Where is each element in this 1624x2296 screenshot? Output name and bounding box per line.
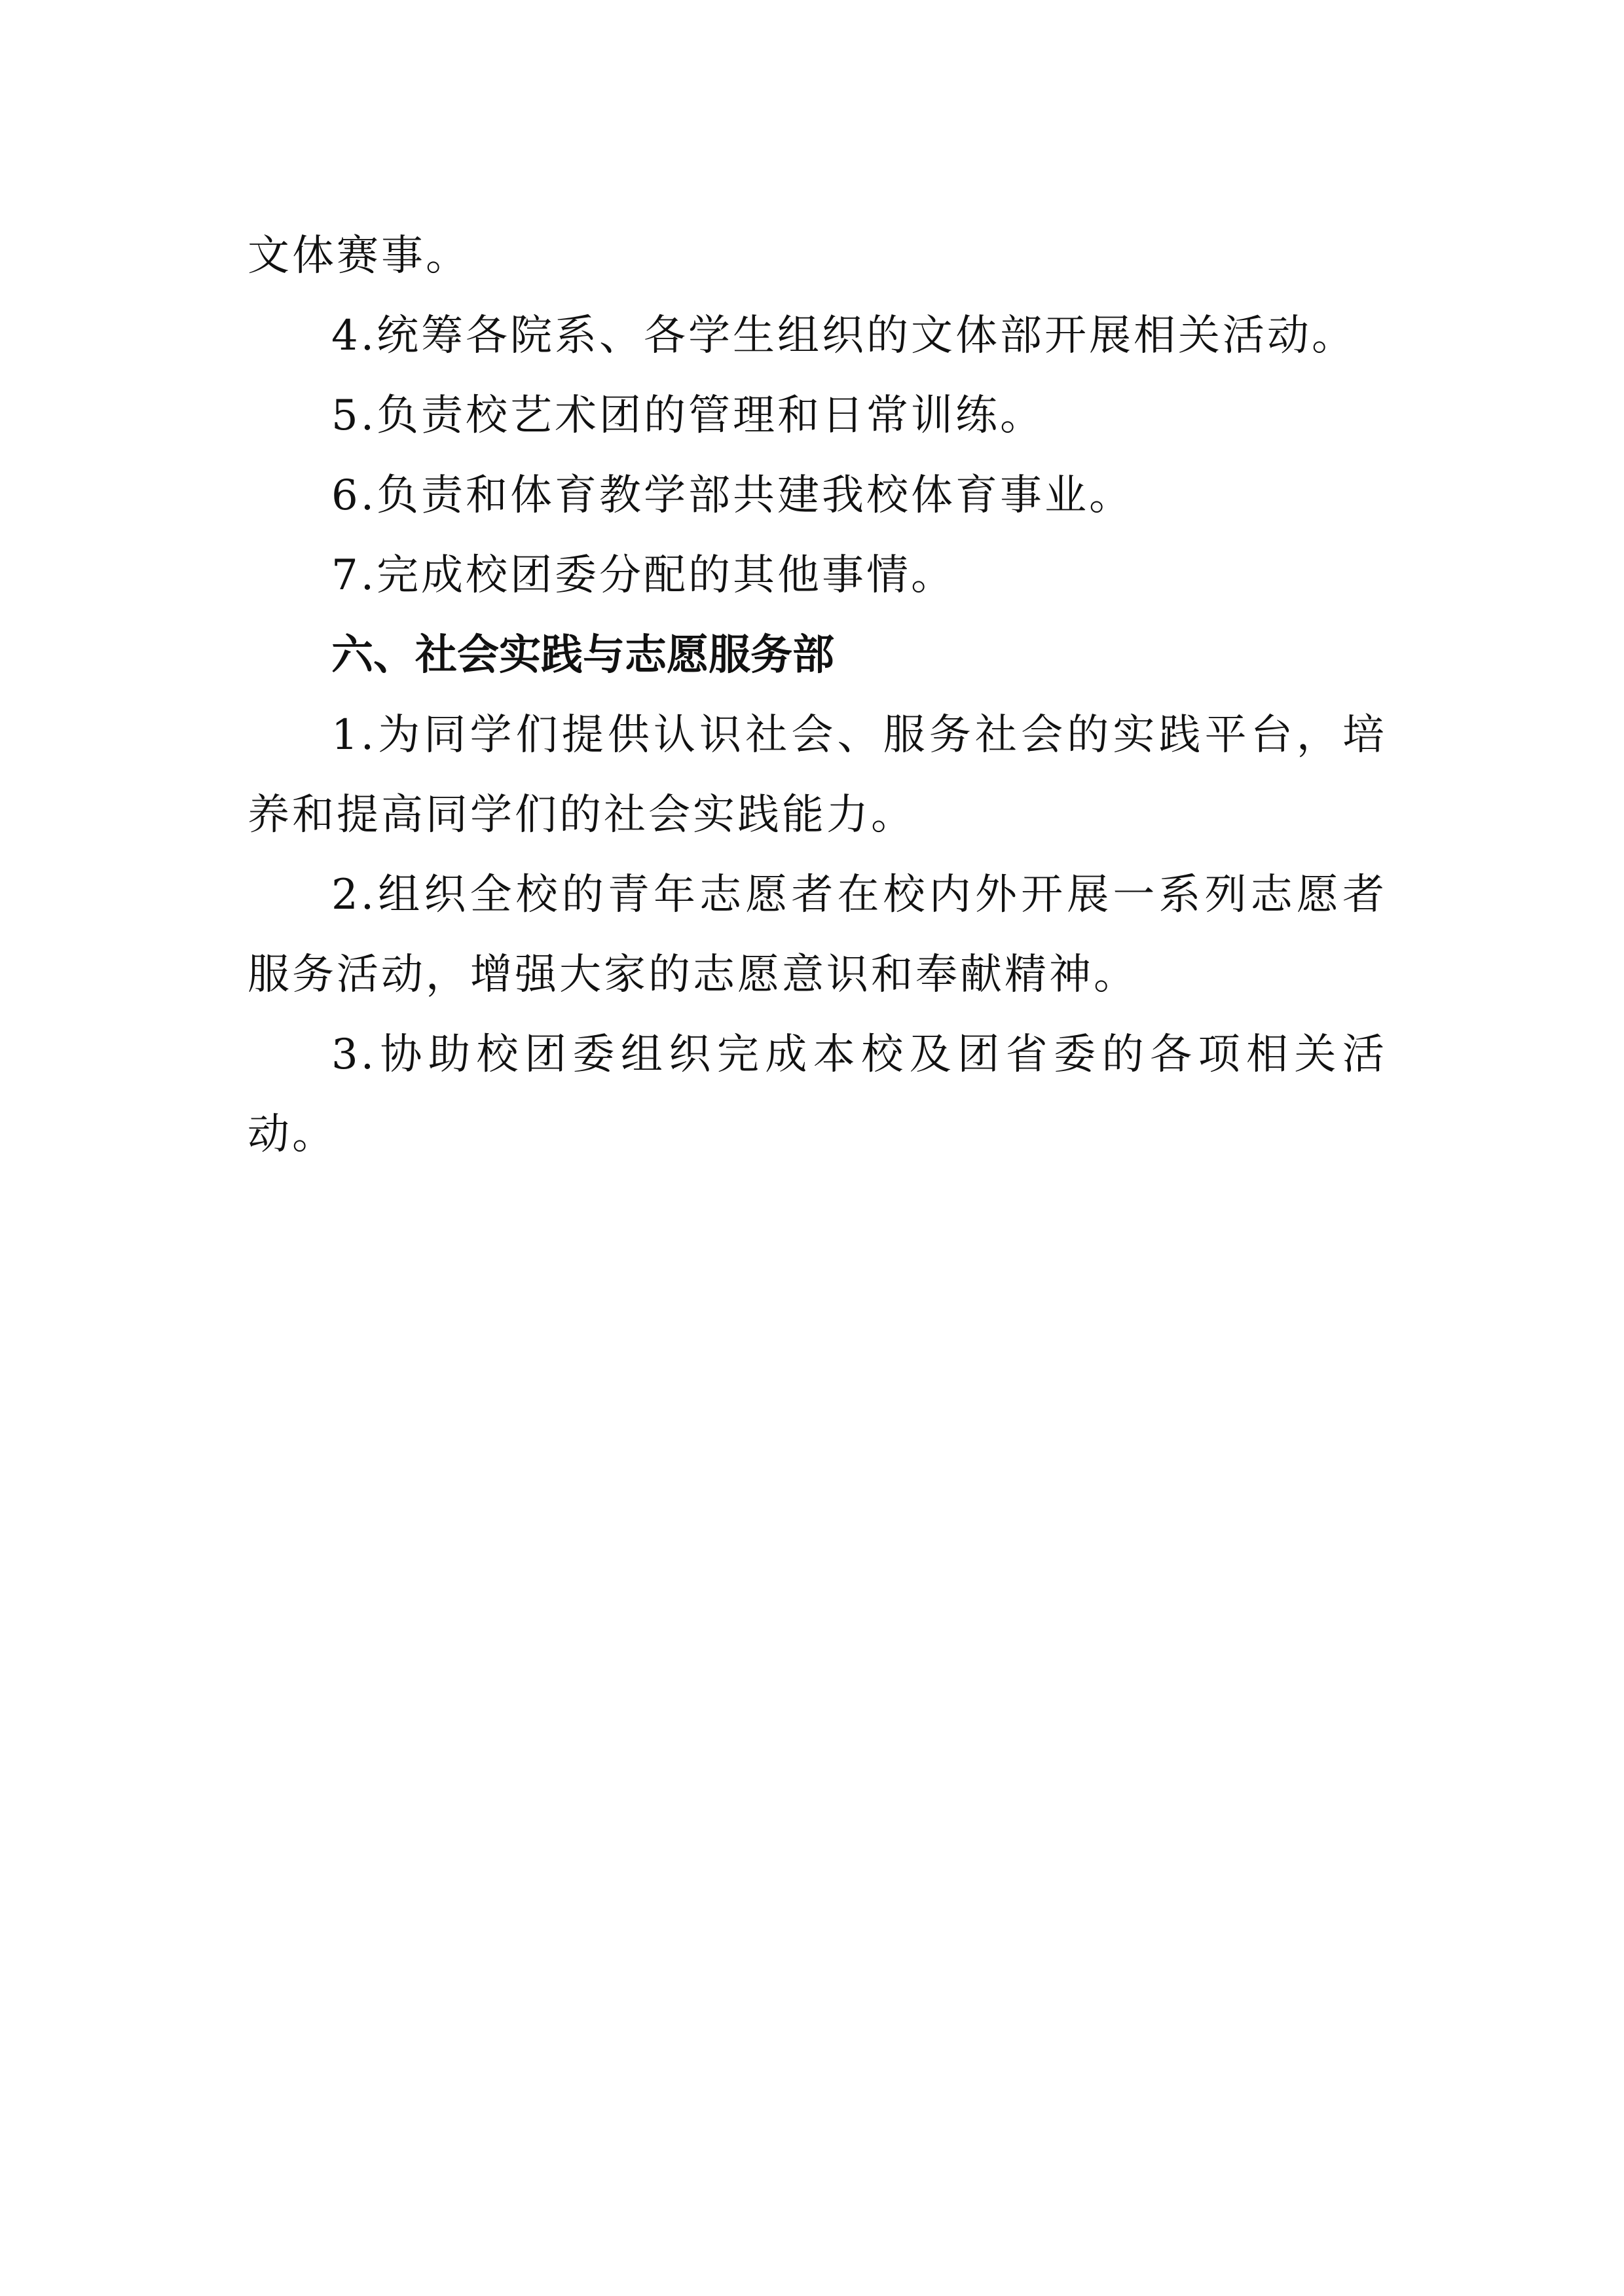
list-item-4: 4.统筹各院系、各学生组织的文体部开展相关活动。 bbox=[248, 296, 1387, 376]
list-item-5: 5.负责校艺术团的管理和日常训练。 bbox=[248, 376, 1387, 456]
list-item-3: 3.协助校团委组织完成本校及团省委的各项相关活动。 bbox=[248, 1015, 1387, 1175]
section-heading: 六、社会实践与志愿服务部 bbox=[248, 615, 1387, 695]
list-item-7: 7.完成校团委分配的其他事情。 bbox=[248, 536, 1387, 615]
list-item-6: 6.负责和体育教学部共建我校体育事业。 bbox=[248, 456, 1387, 536]
paragraph-continuation: 文体赛事。 bbox=[248, 216, 1387, 296]
list-item-1: 1.为同学们提供认识社会、服务社会的实践平台，培养和提高同学们的社会实践能力。 bbox=[248, 695, 1387, 855]
document-page: 文体赛事。 4.统筹各院系、各学生组织的文体部开展相关活动。 5.负责校艺术团的… bbox=[248, 216, 1387, 1175]
list-item-2: 2.组织全校的青年志愿者在校内外开展一系列志愿者服务活动，增强大家的志愿意识和奉… bbox=[248, 855, 1387, 1015]
